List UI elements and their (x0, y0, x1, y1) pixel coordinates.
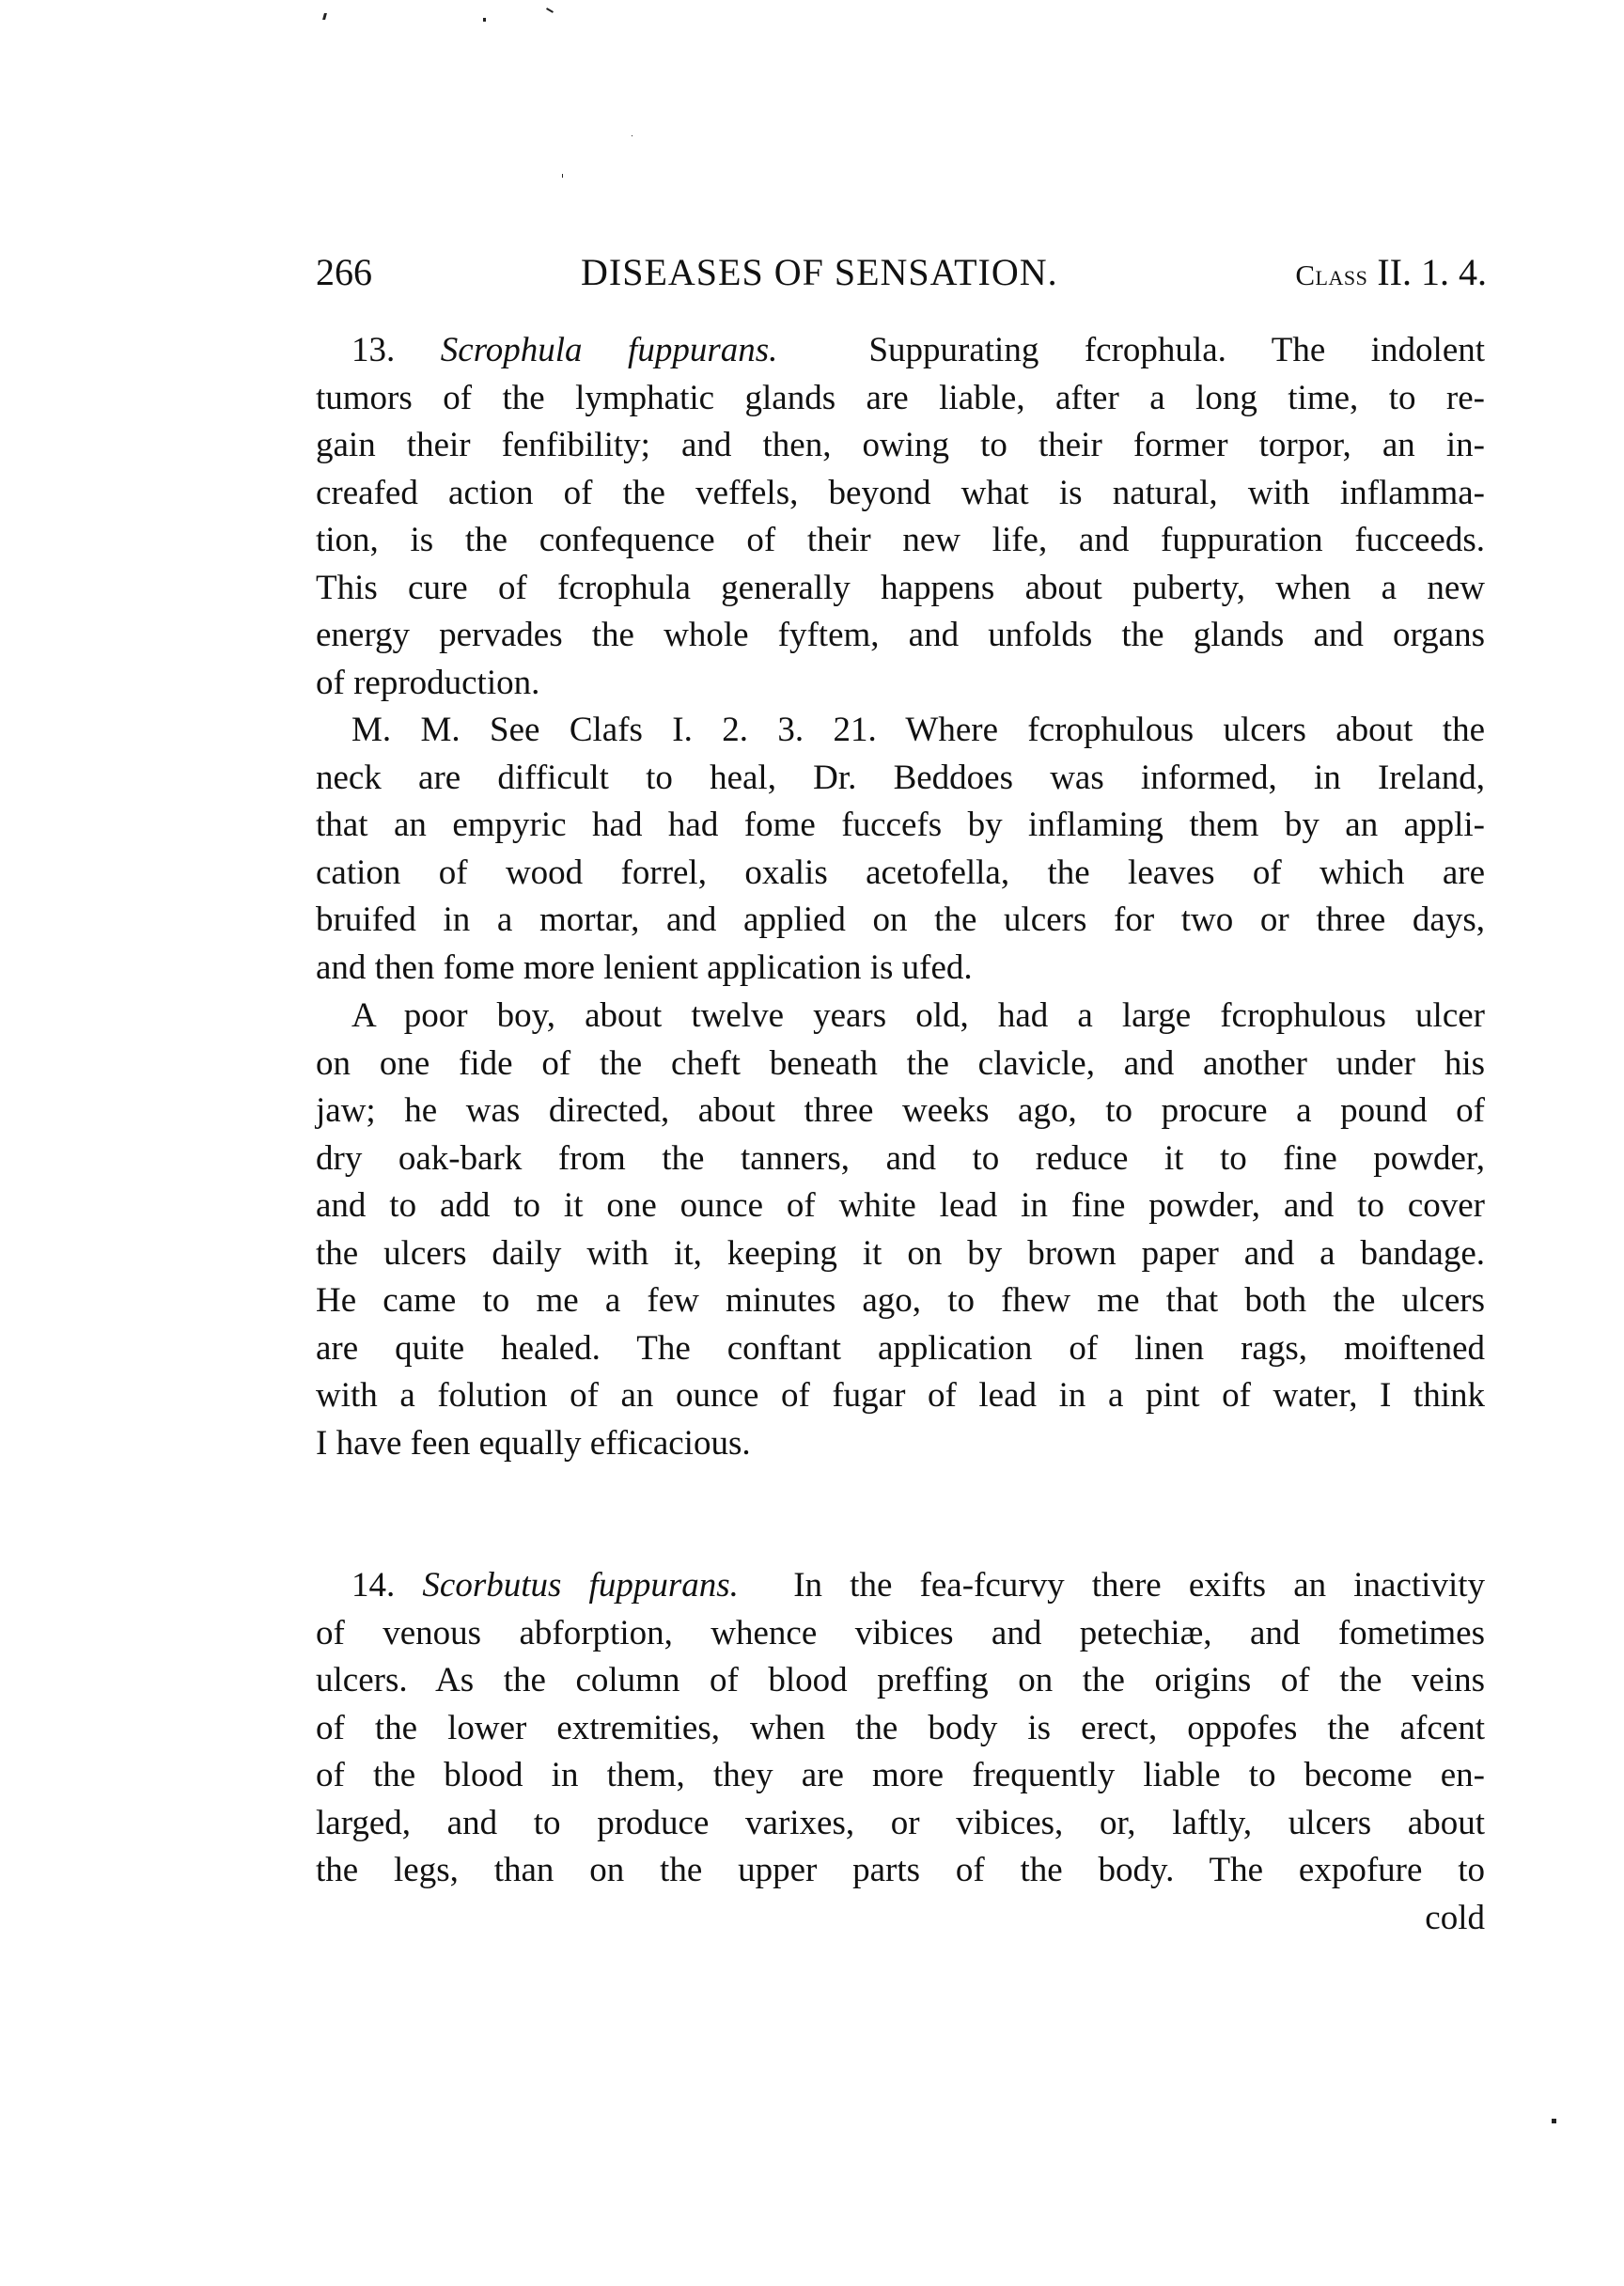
scan-speck (483, 18, 486, 22)
text-line: of reproduction. (316, 660, 1485, 708)
scan-speck (562, 174, 563, 178)
running-title: DISEASES OF SENSATION. (581, 246, 1058, 299)
scan-speck (632, 135, 632, 136)
text-line: ulcers. As the column of blood preffing … (316, 1657, 1485, 1705)
text-line: M. M. See Clafs I. 2. 3. 21. Where fcrop… (316, 707, 1485, 755)
scan-speck (1552, 2119, 1556, 2123)
text-line: with a folution of an ounce of fugar of … (316, 1372, 1485, 1420)
paragraph-materia-medica: M. M. See Clafs I. 2. 3. 21. Where fcrop… (316, 707, 1485, 992)
text-line: 13. Scrophula fuppurans. Suppurating fcr… (316, 327, 1485, 375)
text-line: creafed action of the veffels, beyond wh… (316, 470, 1485, 518)
line-text: Suppurating fcrophula. The indolent (868, 331, 1485, 369)
text-line: neck are difficult to heal, Dr. Beddoes … (316, 755, 1485, 803)
text-line: cation of wood forrel, oxalis acetofella… (316, 850, 1485, 898)
text-line: and to add to it one ounce of white lead… (316, 1182, 1485, 1230)
text-line: energy pervades the whole fyftem, and un… (316, 612, 1485, 660)
class-ref: II. 1. 4. (1377, 251, 1487, 293)
line-text: In the fea-fcurvy there exifts an inacti… (793, 1566, 1485, 1605)
text-line: A poor boy, about twelve years old, had … (316, 993, 1485, 1041)
class-label: Class (1295, 258, 1367, 291)
text-line: that an empyric had had fome fuccefs by … (316, 802, 1485, 850)
text-line: dry oak-bark from the tanners, and to re… (316, 1135, 1485, 1183)
text-line: tion, is the confequence of their new li… (316, 517, 1485, 565)
paragraph-13-scrophula: 13. Scrophula fuppurans. Suppurating fcr… (316, 327, 1485, 707)
text-line: This cure of fcrophula generally happens… (316, 565, 1485, 613)
text-line: bruifed in a mortar, and applied on the … (316, 897, 1485, 945)
text-line: of the blood in them, they are more freq… (316, 1752, 1485, 1800)
text-line: jaw; he was directed, about three weeks … (316, 1088, 1485, 1135)
text-line: the legs, than on the upper parts of the… (316, 1847, 1485, 1895)
text-line: on one fide of the cheft beneath the cla… (316, 1041, 1485, 1088)
text-line: of the lower extremities, when the body … (316, 1705, 1485, 1753)
section-number: 13. (351, 331, 395, 369)
page-number: 266 (316, 246, 372, 299)
scan-speck (322, 13, 327, 20)
scan-speck (546, 8, 554, 13)
catchword: cold (316, 1895, 1485, 1943)
text-line: are quite healed. The conftant applicati… (316, 1325, 1485, 1373)
text-line: 14. Scorbutus fuppurans. In the fea-fcur… (316, 1562, 1485, 1610)
text-line: of venous abforption, whence vibices and… (316, 1610, 1485, 1658)
text-line: gain their fenfibility; and then, owing … (316, 422, 1485, 470)
section-number: 14. (351, 1566, 395, 1605)
book-page: 266 DISEASES OF SENSATION. Class II. 1. … (0, 0, 1624, 2286)
paragraph-14-scorbutus: 14. Scorbutus fuppurans. In the fea-fcur… (316, 1562, 1485, 1942)
latin-term: Scorbutus fuppurans. (422, 1566, 738, 1605)
latin-term: Scrophula fuppurans. (441, 331, 778, 369)
text-line: He came to me a few minutes ago, to fhew… (316, 1277, 1485, 1325)
class-reference: Class II. 1. 4. (1295, 246, 1487, 302)
text-line: the ulcers daily with it, keeping it on … (316, 1230, 1485, 1278)
text-line: I have feen equally efficacious. (316, 1420, 1485, 1468)
running-header: 266 DISEASES OF SENSATION. Class II. 1. … (316, 246, 1487, 299)
text-line: larged, and to produce varixes, or vibic… (316, 1800, 1485, 1848)
text-line: tumors of the lymphatic glands are liabl… (316, 375, 1485, 423)
text-line: and then fome more lenient application i… (316, 945, 1485, 993)
paragraph-case-study: A poor boy, about twelve years old, had … (316, 993, 1485, 1467)
